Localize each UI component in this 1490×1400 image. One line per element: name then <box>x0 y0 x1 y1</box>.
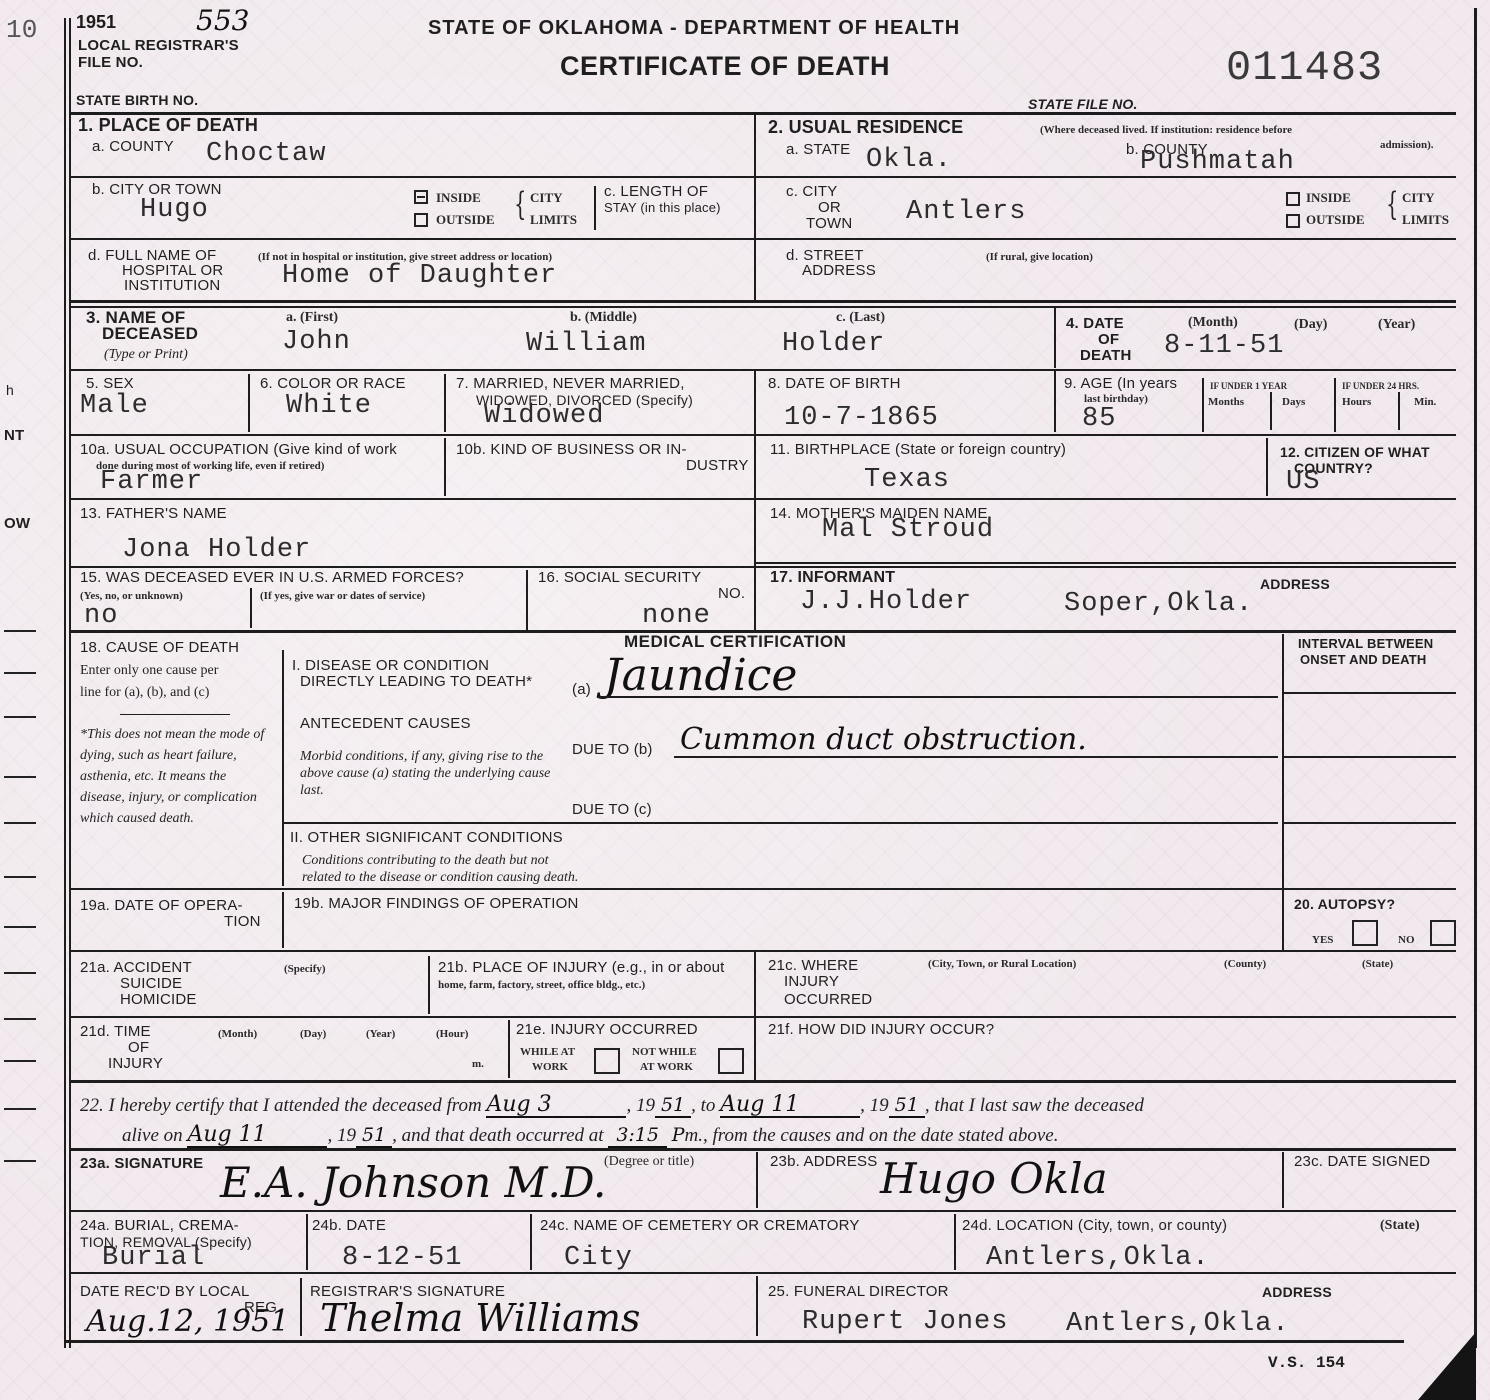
attended-to-year: 51 <box>889 1094 925 1118</box>
signature-label: 23a. SIGNATURE <box>80 1156 203 1172</box>
column-divider <box>754 370 756 566</box>
burial-date-label: 24b. DATE <box>312 1218 386 1234</box>
street-label: ADDRESS <box>802 263 876 279</box>
age-label: 9. AGE (In years <box>1064 376 1177 392</box>
autopsy-yes-label: YES <box>1312 934 1333 946</box>
marital-value: Widowed <box>484 402 604 430</box>
ssn-label: 16. SOCIAL SECURITY <box>538 570 701 586</box>
degree-label: (Degree or title) <box>604 1156 694 1168</box>
cemetery-label: 24c. NAME OF CEMETERY OR CREMATORY <box>540 1218 860 1234</box>
part-two-label: II. OTHER SIGNIFICANT CONDITIONS <box>290 830 563 846</box>
interval-c-line <box>1284 822 1456 824</box>
divider <box>70 1080 1456 1083</box>
county-label: a. COUNTY <box>92 139 174 155</box>
not-while-at-work-checkbox[interactable] <box>718 1048 744 1074</box>
divider <box>508 1020 510 1078</box>
part-one-label: I. DISEASE OR CONDITION <box>292 658 489 674</box>
hospital-label: INSTITUTION <box>124 278 220 294</box>
father-name-value: Jona Holder <box>122 536 311 564</box>
divider <box>444 374 446 432</box>
birthplace-value: Texas <box>864 466 950 494</box>
city-limits-label: CITY <box>1402 192 1435 204</box>
age-value: 85 <box>1082 405 1116 433</box>
inside-label: INSIDE <box>1306 192 1351 204</box>
autopsy-no-label: NO <box>1398 934 1415 946</box>
injury-m-label: m. <box>472 1058 484 1070</box>
date-of-death-label: 4. DATE <box>1066 316 1124 332</box>
margin-line <box>4 716 36 718</box>
injury-time-label: INJURY <box>108 1056 163 1072</box>
injury-month-label: (Month) <box>218 1028 257 1040</box>
burial-location-label: 24d. LOCATION (City, town, or county) <box>962 1218 1227 1234</box>
divider <box>954 1214 956 1270</box>
burial-state-label: (State) <box>1380 1220 1420 1232</box>
injury-city-label: (City, Town, or Rural Location) <box>928 958 1076 970</box>
injury-place-label: home, farm, factory, street, office bldg… <box>438 979 645 991</box>
city-limits-label: LIMITS <box>530 214 577 226</box>
race-label: 6. COLOR OR RACE <box>260 376 406 392</box>
while-at-work-label: WHILE AT <box>520 1046 575 1058</box>
file-no-label: FILE NO. <box>78 55 143 71</box>
divider <box>1266 438 1268 496</box>
margin-number: 10 <box>6 22 38 38</box>
cemetery-value: City <box>564 1244 633 1272</box>
injury-occurred-label: 21e. INJURY OCCURRED <box>516 1022 698 1038</box>
ssn-label: NO. <box>718 586 745 602</box>
divider <box>530 1214 532 1270</box>
occupation-label: 10a. USUAL OCCUPATION (Give kind of work <box>80 442 397 458</box>
deceased-name-label: (Type or Print) <box>104 346 188 363</box>
part-one-label: DIRECTLY LEADING TO DEATH* <box>300 674 532 690</box>
date-signed-label: 23c. DATE SIGNED <box>1294 1154 1430 1170</box>
form-number: V.S. 154 <box>1268 1354 1345 1372</box>
state-birth-no-label: STATE BIRTH NO. <box>76 92 198 108</box>
specify-label: (Specify) <box>284 963 326 975</box>
injury-time-label: OF <box>128 1040 149 1056</box>
divider <box>300 1278 302 1336</box>
citizen-value: US <box>1286 468 1320 496</box>
ssn-value: none <box>642 602 711 630</box>
citizen-label: 12. CITIZEN OF WHAT <box>1280 444 1430 460</box>
certification-statement-line-2: alive on Aug 11, 1951, and that death oc… <box>122 1124 1058 1148</box>
armed-forces-sublabel: (If yes, give war or dates of service) <box>260 590 425 602</box>
margin-line <box>4 876 36 878</box>
margin-line <box>4 672 36 674</box>
physician-address-label: 23b. ADDRESS <box>770 1154 877 1170</box>
divider <box>1202 378 1204 432</box>
burial-date-value: 8-12-51 <box>342 1244 462 1272</box>
part-two-note: Conditions contributing to the death but… <box>302 852 549 869</box>
death-city-value: Hugo <box>140 196 209 224</box>
margin-line <box>4 1160 36 1162</box>
residence-inside-checkbox[interactable] <box>1286 192 1300 206</box>
informant-address-label: ADDRESS <box>1260 576 1330 592</box>
margin-line <box>4 822 36 824</box>
disposition-value: Burial <box>102 1244 205 1272</box>
divider <box>306 1214 308 1270</box>
place-of-death-label: 1. PLACE OF DEATH <box>78 117 258 133</box>
street-note: (If rural, give location) <box>986 251 1093 263</box>
state-file-no-label: STATE FILE NO. <box>1028 96 1138 112</box>
divider <box>1398 392 1400 430</box>
date-received-value: Aug.12, 1951 <box>86 1304 289 1339</box>
cause-of-death-label: 18. CAUSE OF DEATH <box>80 640 239 656</box>
usual-residence-label: 2. USUAL RESIDENCE <box>768 119 963 135</box>
physician-signature: E.A. Johnson M.D. <box>220 1158 606 1207</box>
birthplace-label: 11. BIRTHPLACE (State or foreign country… <box>770 442 1066 458</box>
divider <box>1282 1152 1284 1208</box>
brace: { <box>514 188 526 220</box>
divider <box>1282 634 1284 890</box>
right-border <box>1474 8 1477 1348</box>
divider <box>120 714 230 715</box>
margin-line <box>4 1018 36 1020</box>
registrar-year: 1951 <box>76 12 116 33</box>
accident-label: SUICIDE <box>120 976 182 992</box>
how-injury-label: 21f. HOW DID INJURY OCCUR? <box>768 1022 994 1038</box>
antecedent-causes-label: ANTECEDENT CAUSES <box>300 716 471 732</box>
funeral-director-label: 25. FUNERAL DIRECTOR <box>768 1284 949 1300</box>
last-seen-year: 51 <box>356 1124 392 1148</box>
date-of-death-label: OF <box>1098 332 1119 348</box>
date-of-death-value: 8-11-51 <box>1164 332 1284 360</box>
cause-instruction: Enter only one cause per <box>80 662 218 679</box>
occupation-value: Farmer <box>100 468 203 496</box>
margin-line <box>4 926 36 928</box>
divider <box>70 238 754 240</box>
last-seen-date: Aug 11 <box>187 1124 327 1148</box>
injury-hour-label: (Hour) <box>436 1028 468 1040</box>
divider <box>70 176 754 178</box>
last-name-label: c. (Last) <box>836 312 885 324</box>
first-name-value: John <box>282 328 351 356</box>
column-divider <box>754 566 756 632</box>
divider <box>1334 378 1336 432</box>
brace: { <box>1386 188 1398 220</box>
residence-note: admission). <box>1380 139 1434 151</box>
residence-note: (Where deceased lived. If institution: r… <box>1040 124 1292 136</box>
to-label: , to <box>691 1095 715 1116</box>
interval-a-line <box>1284 692 1456 694</box>
year-prefix: , 19 <box>860 1095 889 1116</box>
registrar-signature: Thelma Williams <box>320 1296 640 1340</box>
hours-label: Hours <box>1342 396 1371 408</box>
divider <box>70 300 1456 303</box>
residence-city-label: TOWN <box>806 216 852 232</box>
months-label: Months <box>1208 396 1244 408</box>
margin-line <box>4 630 36 632</box>
bottom-border <box>64 1340 1404 1343</box>
injury-year-label: (Year) <box>366 1028 395 1040</box>
registrar-label: LOCAL REGISTRAR'S <box>78 38 239 54</box>
divider <box>428 956 430 1014</box>
antecedent-causes-note: Morbid conditions, if any, giving rise t… <box>300 748 570 799</box>
residence-state-label: a. STATE <box>786 142 850 158</box>
death-county-value: Choctaw <box>206 140 326 168</box>
last-name-value: Holder <box>782 330 885 358</box>
certification-text: m., from the causes and on the date stat… <box>685 1125 1059 1146</box>
divider <box>282 650 284 886</box>
while-at-work-checkbox[interactable] <box>594 1048 620 1074</box>
funeral-address-label: ADDRESS <box>1262 1284 1332 1300</box>
divider <box>70 112 1456 115</box>
autopsy-no-checkbox[interactable] <box>1430 920 1456 946</box>
father-name-label: 13. FATHER'S NAME <box>80 506 227 522</box>
residence-state-value: Okla. <box>866 146 952 174</box>
marital-label: 7. MARRIED, NEVER MARRIED, <box>456 376 685 392</box>
injury-state-label: (State) <box>1362 958 1393 970</box>
divider <box>526 570 528 630</box>
length-of-stay-label: c. LENGTH OF <box>604 184 708 200</box>
armed-forces-value: no <box>84 602 118 630</box>
certificate-paper: 10 h NT OW 1951 553 LOCAL REGISTRAR'S FI… <box>0 0 1490 1400</box>
mother-name-value: Mal Stroud <box>822 516 994 544</box>
certification-text: , and that death occurred at <box>392 1125 603 1146</box>
injury-place-label: 21b. PLACE OF INJURY (e.g., in or about <box>438 960 725 976</box>
armed-forces-label: 15. WAS DECEASED EVER IN U.S. ARMED FORC… <box>80 570 464 586</box>
attended-from-year: 51 <box>655 1094 691 1118</box>
divider <box>756 176 1456 178</box>
cause-footnote: *This does not mean the mode of dying, s… <box>80 724 270 829</box>
operation-date-label: TION <box>224 914 261 930</box>
divider <box>756 1152 758 1208</box>
attended-to-date: Aug 11 <box>720 1094 860 1118</box>
divider <box>250 588 252 628</box>
physician-address: Hugo Okla <box>880 1154 1108 1203</box>
outside-label: OUTSIDE <box>1306 214 1365 226</box>
month-label: (Month) <box>1188 317 1238 329</box>
days-label: Days <box>1282 396 1305 408</box>
alive-on-label: alive on <box>122 1125 183 1146</box>
cause-b-line <box>674 756 1278 758</box>
injury-time-label: 21d. TIME <box>80 1024 151 1040</box>
first-name-label: a. (First) <box>286 312 338 324</box>
sex-label: 5. SEX <box>86 376 134 392</box>
sex-value: Male <box>80 392 149 420</box>
left-border <box>64 18 66 1348</box>
year-prefix: , 19 <box>626 1095 655 1116</box>
autopsy-yes-checkbox[interactable] <box>1352 920 1378 946</box>
divider <box>248 374 250 432</box>
attended-from-date: Aug 3 <box>486 1094 626 1118</box>
divider <box>70 888 1456 890</box>
state-file-number: 011483 <box>1226 44 1383 92</box>
agency-title: STATE OF OKLAHOMA - DEPARTMENT OF HEALTH <box>428 20 960 36</box>
city-limits-label: LIMITS <box>1402 214 1449 226</box>
margin-line <box>4 776 36 778</box>
time-of-death-ampm: P <box>672 1124 685 1146</box>
divider <box>444 438 446 496</box>
divider <box>70 1210 1456 1212</box>
funeral-director-value: Rupert Jones <box>802 1308 1008 1336</box>
registrar-file-number: 553 <box>196 4 249 37</box>
injury-where-label: INJURY <box>784 974 839 990</box>
date-received-label: DATE REC'D BY LOCAL <box>80 1284 250 1300</box>
margin-glyph: NT <box>4 428 24 444</box>
cause-a-line <box>598 696 1278 698</box>
margin-glyph: h <box>6 382 14 398</box>
inside-label: INSIDE <box>436 192 481 204</box>
injury-where-label: 21c. WHERE <box>768 958 858 974</box>
certification-text: , that I last saw the deceased <box>925 1095 1144 1116</box>
divider <box>756 562 1456 564</box>
certification-statement-line-1: 22. I hereby certify that I attended the… <box>80 1094 1144 1118</box>
divider <box>756 1276 758 1336</box>
divider <box>70 369 1456 371</box>
date-of-birth-label: 8. DATE OF BIRTH <box>768 376 901 392</box>
divider <box>70 1148 1456 1151</box>
margin-line <box>4 972 36 974</box>
divider <box>594 186 596 230</box>
date-of-birth-value: 10-7-1865 <box>784 404 939 432</box>
divider <box>1270 392 1272 430</box>
margin-line <box>4 1060 36 1062</box>
disposition-label: 24a. BURIAL, CREMA- <box>80 1218 239 1234</box>
due-to-c-label: DUE TO (c) <box>572 802 652 818</box>
injury-where-label: OCCURRED <box>784 992 872 1008</box>
divider <box>1282 890 1284 950</box>
cause-c-line <box>284 822 1278 824</box>
informant-address-value: Soper,Okla. <box>1064 590 1253 618</box>
accident-label: HOMICIDE <box>120 992 197 1008</box>
cause-instruction: line for (a), (b), and (c) <box>80 684 209 701</box>
outside-label: OUTSIDE <box>436 214 495 226</box>
burial-location-value: Antlers,Okla. <box>986 1244 1210 1272</box>
city-limits-label: CITY <box>530 192 563 204</box>
year-prefix: , 19 <box>327 1125 356 1146</box>
divider <box>70 306 1456 308</box>
medical-certification-title: MEDICAL CERTIFICATION <box>624 634 846 650</box>
business-label: DUSTRY <box>686 458 749 474</box>
margin-line <box>4 1108 36 1110</box>
divider <box>756 238 1456 240</box>
funeral-address-value: Antlers,Okla. <box>1066 1310 1290 1338</box>
divider <box>70 1016 1456 1018</box>
residence-city-value: Antlers <box>906 198 1026 226</box>
divider <box>282 892 284 948</box>
divider <box>1054 370 1056 432</box>
column-divider <box>754 114 756 300</box>
middle-name-label: b. (Middle) <box>570 312 637 324</box>
year-label: (Year) <box>1378 319 1415 331</box>
divider <box>1054 308 1056 368</box>
operation-findings-label: 19b. MAJOR FINDINGS OF OPERATION <box>294 896 579 912</box>
operation-date-label: 19a. DATE OF OPERA- <box>80 898 243 914</box>
middle-name-value: William <box>526 330 646 358</box>
outside-city-checkbox[interactable] <box>414 213 428 227</box>
race-value: White <box>286 392 372 420</box>
accident-label: 21a. ACCIDENT <box>80 960 192 976</box>
autopsy-label: 20. AUTOPSY? <box>1294 896 1395 912</box>
folded-corner <box>1418 1332 1476 1400</box>
interval-b-line <box>1284 756 1456 758</box>
residence-county-value: Pushmatah <box>1140 148 1295 176</box>
margin-glyph: OW <box>4 516 30 532</box>
cause-b-value: Cummon duct obstruction. <box>680 722 1087 757</box>
cause-a-value: Jaundice <box>604 650 797 701</box>
length-of-stay-label: STAY (in this place) <box>604 200 721 216</box>
residence-city-label: OR <box>818 200 841 216</box>
injury-day-label: (Day) <box>300 1028 326 1040</box>
residence-city-label: c. CITY <box>786 184 837 200</box>
divider <box>70 434 1456 436</box>
injury-county-label: (County) <box>1224 958 1266 970</box>
under-24-hours-label: IF UNDER 24 HRS. <box>1342 380 1419 392</box>
divider <box>70 1272 1456 1274</box>
time-of-death: 3:15 <box>608 1124 667 1148</box>
divider <box>70 498 1456 500</box>
residence-outside-checkbox[interactable] <box>1286 214 1300 228</box>
certificate-title: CERTIFICATE OF DEATH <box>560 58 890 74</box>
cause-a-label: (a) <box>572 682 591 698</box>
deceased-name-label: DECEASED <box>102 326 198 342</box>
divider <box>70 950 1456 952</box>
informant-label: 17. INFORMANT <box>770 570 895 586</box>
informant-value: J.J.Holder <box>800 588 972 616</box>
not-while-at-work-label: NOT WHILE <box>632 1046 697 1058</box>
while-at-work-label: WORK <box>532 1061 568 1073</box>
inside-city-checkbox[interactable] <box>414 190 428 204</box>
minutes-label: Min. <box>1414 396 1436 408</box>
part-two-note: related to the disease or condition caus… <box>302 869 578 886</box>
not-while-at-work-label: AT WORK <box>640 1061 693 1073</box>
under-one-year-label: IF UNDER 1 YEAR <box>1210 380 1287 392</box>
hospital-value: Home of Daughter <box>282 262 557 290</box>
date-of-death-label: DEATH <box>1080 348 1132 364</box>
interval-label: ONSET AND DEATH <box>1300 652 1427 668</box>
due-to-b-label: DUE TO (b) <box>572 742 653 758</box>
business-label: 10b. KIND OF BUSINESS OR IN- <box>456 442 687 458</box>
interval-label: INTERVAL BETWEEN <box>1298 636 1433 652</box>
day-label: (Day) <box>1294 319 1327 331</box>
certification-text: 22. I hereby certify that I attended the… <box>80 1095 482 1116</box>
divider <box>70 566 1456 568</box>
